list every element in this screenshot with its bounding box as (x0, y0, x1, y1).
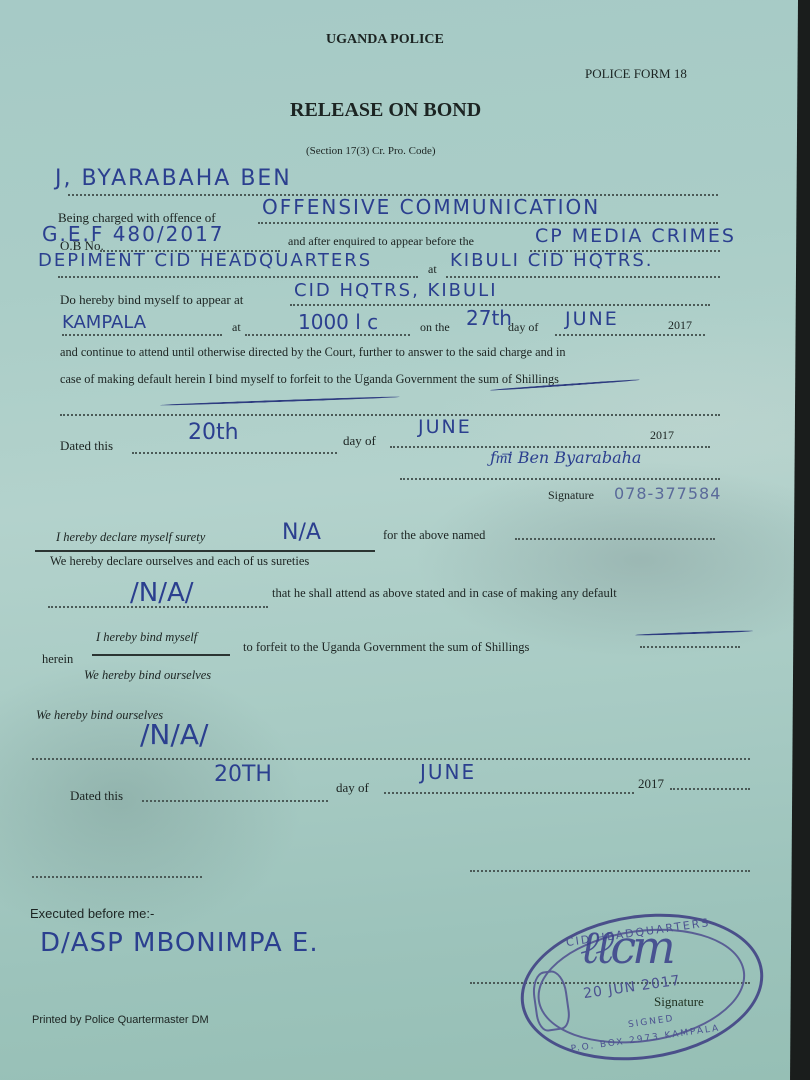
surety-dated-month: JUNE (420, 760, 476, 784)
enquired-label: and after enquired to appear before the (288, 234, 474, 249)
executed-label: Executed before me:- (30, 906, 154, 921)
continue-text-1: and continue to attend until otherwise d… (60, 345, 566, 360)
surety-signature-line-1 (32, 876, 202, 878)
surety-dated-day-line (142, 800, 328, 802)
offence-value: OFFENSIVE COMMUNICATION (262, 195, 600, 219)
appear-place-line2-dots (62, 334, 222, 336)
before-whom-line1: CP MEDIA CRIMES (535, 225, 736, 247)
printer-footer: Printed by Police Quartermaster DM (32, 1014, 209, 1026)
declare-ourselves-label: We hereby declare ourselves and each of … (50, 554, 309, 569)
form-subtitle: (Section 17(3) Cr. Pro. Code) (306, 145, 436, 157)
at-place-line (446, 276, 720, 278)
executing-officer: D/ASP MBONIMPA E. (40, 928, 319, 958)
principal-signature: ƒm͞i Ben Byarabaha (490, 448, 641, 468)
day-of-label: day of (508, 320, 538, 335)
appear-place-line1: CID HQTRS, KIBULI (294, 280, 498, 301)
signature-line (400, 478, 720, 480)
on-the-label: on the (420, 320, 450, 335)
declare-myself-label: I hereby declare myself surety (56, 530, 205, 545)
appear-year: 2017 (668, 318, 692, 333)
dated-year: 2017 (650, 428, 674, 443)
surety-day-of-label: day of (336, 780, 369, 796)
declare-myself-value: N/A (282, 520, 321, 545)
forfeit-text: to forfeit to the Uganda Government the … (243, 640, 529, 655)
agency-heading: UGANDA POLICE (326, 32, 444, 48)
officer-signature-label: Signature (654, 994, 704, 1010)
appear-place-line2: KAMPALA (62, 312, 146, 333)
surety-dated-year: 2017 (638, 776, 664, 792)
bind-label: Do hereby bind myself to appear at (60, 292, 243, 308)
surety-names-line (32, 758, 750, 760)
dated-day: 20th (188, 420, 239, 445)
herein-label: herein (42, 652, 73, 667)
surety-month-line (384, 792, 634, 794)
form-title: RELEASE ON BOND (290, 99, 481, 122)
month-line (555, 334, 705, 336)
surety-dated-day: 20TH (214, 762, 272, 787)
appear-time: 1000 l c (298, 310, 378, 334)
surety-year-line (670, 788, 750, 790)
bind-value: /N/A/ (140, 718, 208, 751)
bond-form-paper: UGANDA POLICE POLICE FORM 18 RELEASE ON … (0, 0, 798, 1080)
declare-divider (35, 550, 375, 552)
above-named-line (515, 538, 715, 540)
time-line (245, 334, 410, 336)
shillings-line (60, 414, 720, 416)
sureties-value: /N/A/ (130, 578, 194, 608)
pen-strike-3 (635, 630, 753, 636)
bind-myself-label: I hereby bind myself (96, 630, 197, 645)
at-time-label: at (232, 320, 241, 335)
officer-signature: ℓℓcm (580, 920, 672, 974)
principal-name: J, BYARABAHA BEN (55, 166, 292, 191)
at-place: KIBULI CID HQTRS. (450, 250, 654, 271)
before-whom-line2: DEPIMENT CID HEADQUARTERS (38, 250, 372, 271)
offence-line (258, 222, 718, 224)
bind-divider (92, 654, 230, 656)
before-whom-line2-dots (58, 276, 418, 278)
form-number: POLICE FORM 18 (585, 66, 687, 82)
attend-text: that he shall attend as above stated and… (272, 586, 617, 601)
dated-label: Dated this (60, 438, 113, 454)
surety-dated-label: Dated this (70, 788, 123, 804)
dated-day-line (132, 452, 337, 454)
bind-ourselves-label: We hereby bind ourselves (84, 668, 211, 683)
dated-month: JUNE (418, 416, 472, 438)
pen-strike-1 (160, 396, 400, 406)
dated-day-of-label: day of (343, 433, 376, 449)
signature-text: Ben Byarabaha (518, 448, 642, 467)
appear-month: JUNE (565, 308, 619, 330)
for-above-named-label: for the above named (383, 528, 485, 543)
surety-shillings-line (640, 646, 740, 648)
at-label: at (428, 262, 437, 277)
continue-text-2: case of making default herein I bind mys… (60, 372, 559, 387)
appear-day: 27th (466, 306, 512, 330)
phone-number: 078-377584 (614, 484, 721, 503)
surety-signature-line-2 (470, 870, 750, 872)
signature-label: Signature (548, 488, 594, 503)
